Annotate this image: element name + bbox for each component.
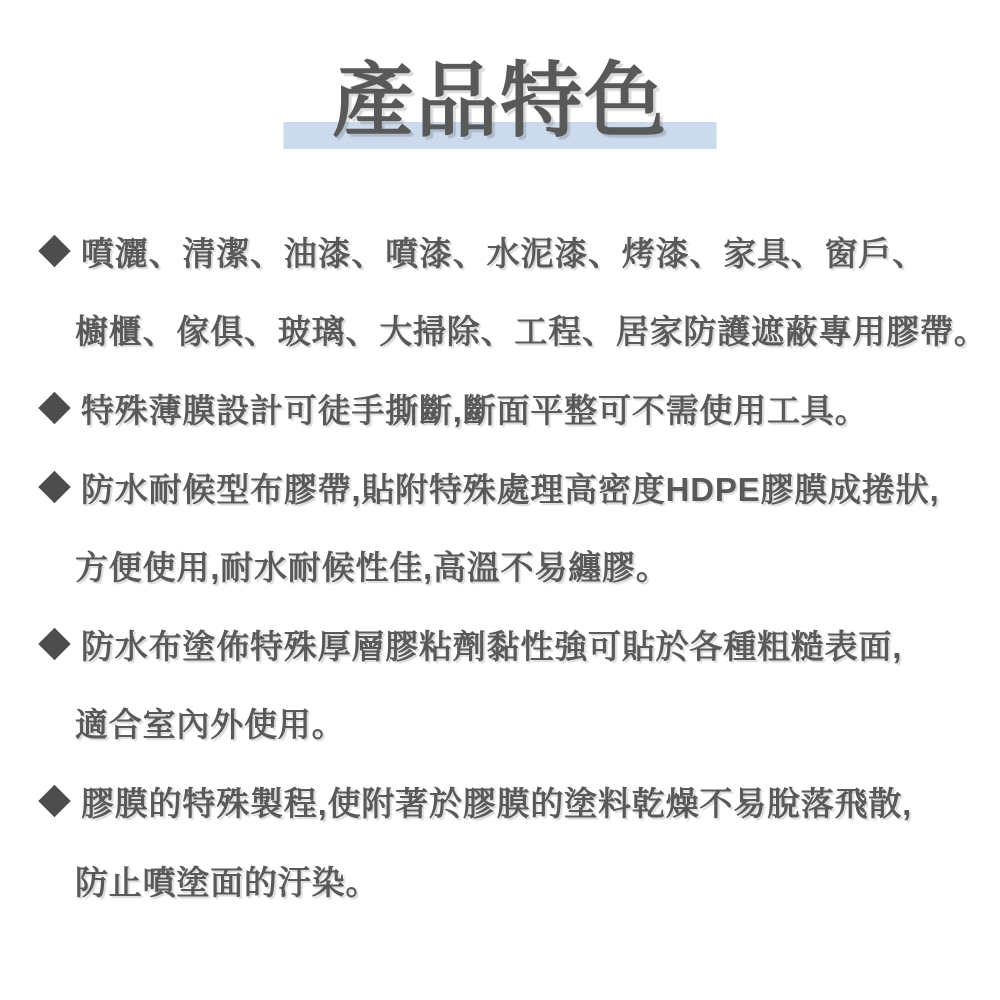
feature-text: 防水耐候型布膠帶,貼附特殊處理高密度HDPE膠膜成捲狀,	[81, 464, 939, 511]
title-section: 產品特色	[0, 0, 1000, 200]
feature-row: 適合室內外使用。	[0, 684, 1000, 763]
diamond-bullet-icon	[38, 471, 71, 504]
feature-row: 方便使用,耐水耐候性佳,高溫不易纏膠。	[0, 526, 1000, 605]
feature-text: 櫥櫃、傢俱、玻璃、大掃除、工程、居家防護遮蔽專用膠帶。	[75, 306, 988, 353]
diamond-bullet-icon	[38, 628, 71, 661]
feature-row: 特殊薄膜設計可徒手撕斷,斷面平整可不需使用工具。	[0, 369, 1000, 448]
diamond-bullet-icon	[38, 392, 71, 425]
feature-text: 方便使用,耐水耐候性佳,高溫不易纏膠。	[75, 542, 670, 589]
feature-list: 噴灑、清潔、油漆、噴漆、水泥漆、烤漆、家具、窗戶、櫥櫃、傢俱、玻璃、大掃除、工程…	[0, 212, 1000, 919]
feature-row: 防止噴塗面的汙染。	[0, 841, 1000, 920]
feature-text: 防止噴塗面的汙染。	[75, 857, 379, 904]
feature-text: 噴灑、清潔、油漆、噴漆、水泥漆、烤漆、家具、窗戶、	[81, 228, 926, 275]
feature-row: 櫥櫃、傢俱、玻璃、大掃除、工程、居家防護遮蔽專用膠帶。	[0, 291, 1000, 370]
feature-row: 防水布塗佈特殊厚層膠粘劑黏性強可貼於各種粗糙表面,	[0, 605, 1000, 684]
product-feature-page: 產品特色 噴灑、清潔、油漆、噴漆、水泥漆、烤漆、家具、窗戶、櫥櫃、傢俱、玻璃、大…	[0, 0, 1000, 1000]
feature-text: 膠膜的特殊製程,使附著於膠膜的塗料乾燥不易脫落飛散,	[81, 778, 912, 825]
diamond-bullet-icon	[38, 785, 71, 818]
feature-row: 膠膜的特殊製程,使附著於膠膜的塗料乾燥不易脫落飛散,	[0, 762, 1000, 841]
feature-row: 噴灑、清潔、油漆、噴漆、水泥漆、烤漆、家具、窗戶、	[0, 212, 1000, 291]
feature-text: 適合室內外使用。	[75, 699, 345, 746]
feature-text: 防水布塗佈特殊厚層膠粘劑黏性強可貼於各種粗糙表面,	[81, 621, 902, 668]
diamond-bullet-icon	[38, 235, 71, 268]
page-title: 產品特色	[0, 61, 1000, 143]
feature-text: 特殊薄膜設計可徒手撕斷,斷面平整可不需使用工具。	[81, 385, 868, 432]
feature-row: 防水耐候型布膠帶,貼附特殊處理高密度HDPE膠膜成捲狀,	[0, 448, 1000, 527]
